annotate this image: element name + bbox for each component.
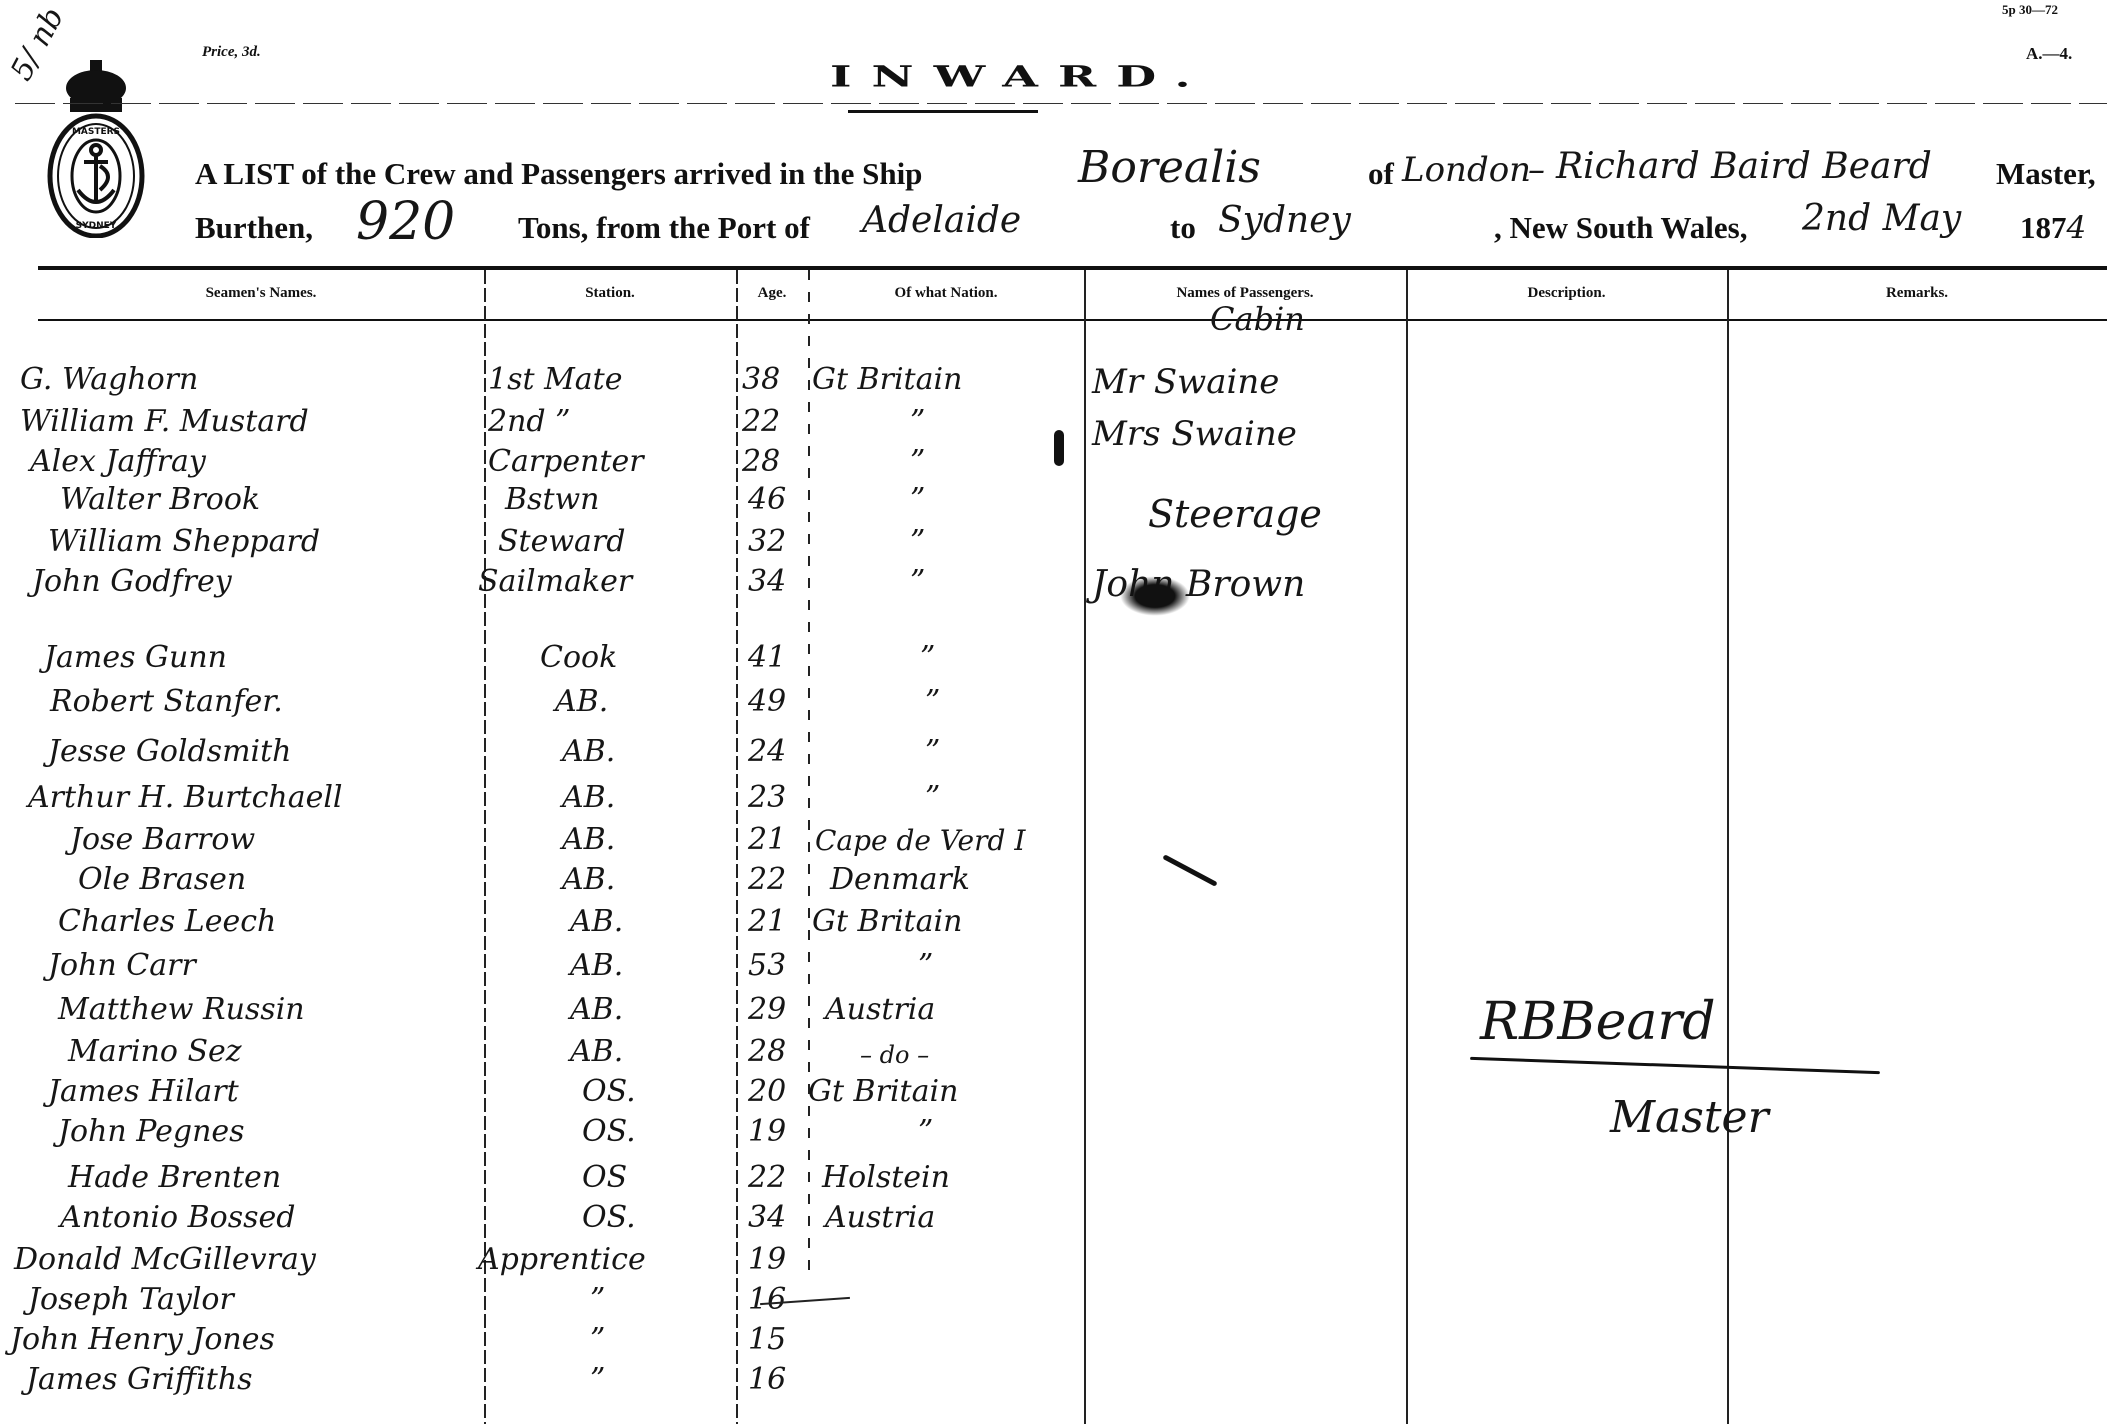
seaman-nation: ”: [910, 444, 925, 479]
seaman-name: G. Waghorn: [20, 362, 198, 397]
col-header-remarks: Remarks.: [1727, 285, 2107, 302]
svg-text:SYDNEY: SYDNEY: [76, 221, 117, 231]
seaman-name: Ole Brasen: [78, 862, 246, 897]
col-header-age: Age.: [736, 285, 808, 302]
seaman-name: James Gunn: [44, 640, 227, 675]
table-header-bottom-rule: [38, 319, 2107, 321]
seaman-nation: ”: [920, 640, 935, 675]
seaman-station: OS.: [582, 1200, 636, 1235]
col-divider-passengers: [1084, 270, 1086, 1424]
passenger-class-cabin: Cabin: [1210, 300, 1305, 338]
seaman-station: 1st Mate: [488, 362, 623, 397]
seaman-age: 49: [748, 684, 786, 719]
seaman-age: 16: [748, 1362, 786, 1397]
seaman-nation: Austria: [825, 992, 935, 1027]
table-top-rule: [38, 266, 2107, 270]
seaman-name: Alex Jaffray: [30, 444, 206, 479]
year-suffix: 4: [2067, 210, 2087, 246]
seaman-age: 22: [742, 404, 780, 439]
form-code: 5p 30—72: [2002, 2, 2058, 18]
seaman-age: 21: [748, 904, 786, 939]
seaman-name: John Godfrey: [32, 564, 232, 599]
col-header-seamen: Seamen's Names.: [38, 285, 484, 302]
passenger-class-steerage: Steerage: [1148, 492, 1322, 536]
seaman-station: Carpenter: [488, 444, 644, 479]
seaman-station: ”: [590, 1282, 605, 1317]
col-header-nation: Of what Nation.: [808, 285, 1084, 302]
form-number: A.—4.: [2026, 44, 2072, 64]
seaman-station: AB.: [555, 684, 608, 719]
seaman-age: 22: [748, 1160, 786, 1195]
seaman-station: OS.: [582, 1074, 636, 1109]
col-divider-description: [1406, 270, 1408, 1424]
svg-text:MASTERS: MASTERS: [72, 127, 120, 137]
seaman-name: William Sheppard: [48, 524, 320, 559]
seaman-name: James Griffiths: [26, 1362, 253, 1397]
seaman-station: AB.: [570, 948, 623, 983]
seaman-station: 2nd ”: [488, 404, 571, 439]
seaman-station: AB.: [562, 780, 615, 815]
ink-stroke: [1162, 854, 1217, 887]
seaman-name: Donald McGillevray: [14, 1242, 316, 1277]
of-label: of: [1368, 156, 1394, 192]
seaman-name: Charles Leech: [58, 904, 276, 939]
seaman-station: OS: [582, 1160, 627, 1195]
seaman-name: Jose Barrow: [70, 822, 255, 857]
seaman-nation: Holstein: [822, 1160, 950, 1195]
seaman-name: Robert Stanfer.: [50, 684, 283, 719]
master-label: Master,: [1996, 156, 2096, 192]
title-underline: [848, 110, 1038, 113]
seaman-age: 32: [748, 524, 786, 559]
seaman-age: 19: [748, 1114, 786, 1149]
col-divider-age: [736, 270, 738, 1424]
seaman-name: Walter Brook: [60, 482, 260, 517]
seaman-age: 24: [748, 734, 786, 769]
seaman-name: James Hilart: [48, 1074, 239, 1109]
title-rule: [15, 103, 2107, 104]
seaman-nation: Gt Britain: [808, 1074, 958, 1109]
seaman-nation: ”: [910, 564, 925, 599]
seaman-name: Jesse Goldsmith: [48, 734, 292, 769]
seaman-name: Matthew Russin: [58, 992, 305, 1027]
seaman-age: 16: [748, 1282, 786, 1317]
seaman-age: 22: [748, 862, 786, 897]
seaman-name: John Pegnes: [58, 1114, 245, 1149]
seaman-nation: Gt Britain: [812, 904, 962, 939]
seaman-age: 46: [748, 482, 786, 517]
from-port: Adelaide: [862, 200, 1021, 241]
seaman-station: OS.: [582, 1114, 636, 1149]
seaman-station: AB.: [562, 822, 615, 857]
master-signature: RBBeard: [1480, 992, 1716, 1052]
seaman-station: AB.: [570, 1034, 623, 1069]
ink-blot: [1054, 430, 1064, 466]
seaman-nation: ”: [925, 780, 940, 815]
seaman-nation: ”: [910, 524, 925, 559]
seaman-name: Marino Sez: [68, 1034, 242, 1069]
seaman-nation: Denmark: [830, 862, 970, 897]
seaman-age: 21: [748, 822, 786, 857]
seaman-name: John Carr: [48, 948, 196, 983]
master-name: Richard Baird Beard: [1556, 146, 1932, 187]
seaman-nation: Austria: [825, 1200, 935, 1235]
seaman-name: Hade Brenten: [68, 1160, 281, 1195]
seaman-name: Joseph Taylor: [28, 1282, 234, 1317]
seaman-station: Cook: [540, 640, 617, 675]
burthen-value: 920: [356, 192, 455, 252]
seaman-nation: ”: [910, 482, 925, 517]
seaman-station: Apprentice: [478, 1242, 646, 1277]
seaman-station: Bstwn: [505, 482, 600, 517]
seaman-age: 28: [742, 444, 780, 479]
seaman-age: 34: [748, 564, 786, 599]
seaman-age: 19: [748, 1242, 786, 1277]
seaman-station: Sailmaker: [478, 564, 632, 599]
burthen-label: Burthen,: [195, 210, 313, 246]
page-title: INWARD.: [830, 60, 1210, 93]
seaman-nation: ”: [925, 734, 940, 769]
seaman-age: 23: [748, 780, 786, 815]
seaman-age: 20: [748, 1074, 786, 1109]
seaman-age: 34: [748, 1200, 786, 1235]
list-prefix: A LIST of the Crew and Passengers arrive…: [195, 156, 922, 191]
seaman-nation: Gt Britain: [812, 362, 962, 397]
to-label: to: [1170, 210, 1196, 246]
seaman-name: Arthur H. Burtchaell: [28, 780, 343, 815]
seaman-age: 41: [748, 640, 786, 675]
seaman-station: AB.: [570, 904, 623, 939]
ink-smudge: [1120, 576, 1190, 616]
col-divider-nation: [808, 270, 810, 1270]
seaman-nation: Cape de Verd I: [815, 824, 1025, 857]
seaman-station: AB.: [562, 862, 615, 897]
passenger-name: Mrs Swaine: [1092, 414, 1297, 454]
seaman-age: 28: [748, 1034, 786, 1069]
seaman-nation: ”: [918, 1114, 933, 1149]
seaman-station: Steward: [498, 524, 625, 559]
seaman-nation: ”: [910, 404, 925, 439]
seaman-station: ”: [590, 1322, 605, 1357]
seaman-age: 29: [748, 992, 786, 1027]
signature-flourish: [1470, 1057, 1880, 1074]
seaman-age: 38: [742, 362, 780, 397]
dash-sep: –: [1528, 150, 1545, 190]
seaman-nation: ”: [925, 684, 940, 719]
seaman-name: William F. Mustard: [20, 404, 309, 439]
to-port: Sydney: [1218, 200, 1351, 241]
seaman-name: Antonio Bossed: [60, 1200, 295, 1235]
nsw-label: , New South Wales,: [1494, 210, 1748, 246]
seaman-station: AB.: [570, 992, 623, 1027]
port-of-registry: London: [1402, 150, 1531, 190]
ship-name: Borealis: [1078, 142, 1261, 193]
seaman-nation: – do –: [860, 1041, 929, 1069]
seaman-station: ”: [590, 1362, 605, 1397]
seaman-name: John Henry Jones: [10, 1322, 275, 1357]
shipping-masters-seal-icon: MASTERS SYDNEY: [42, 58, 152, 238]
seaman-age: 15: [748, 1322, 786, 1357]
price-label: Price, 3d.: [202, 44, 261, 61]
seaman-nation: ”: [918, 948, 933, 983]
arrival-date: 2nd May: [1802, 198, 1961, 239]
col-divider-remarks: [1727, 270, 1729, 1424]
year-label: 1874: [2020, 210, 2086, 246]
tons-label: Tons, from the Port of: [518, 210, 810, 246]
seaman-station: AB.: [562, 734, 615, 769]
signature-title: Master: [1610, 1092, 1769, 1143]
col-header-station: Station.: [484, 285, 736, 302]
list-heading-line1: A LIST of the Crew and Passengers arrive…: [195, 156, 922, 192]
col-header-description: Description.: [1406, 285, 1727, 302]
passenger-name: Mr Swaine: [1092, 362, 1279, 402]
seaman-age: 53: [748, 948, 786, 983]
year-prefix: 187: [2020, 210, 2067, 245]
